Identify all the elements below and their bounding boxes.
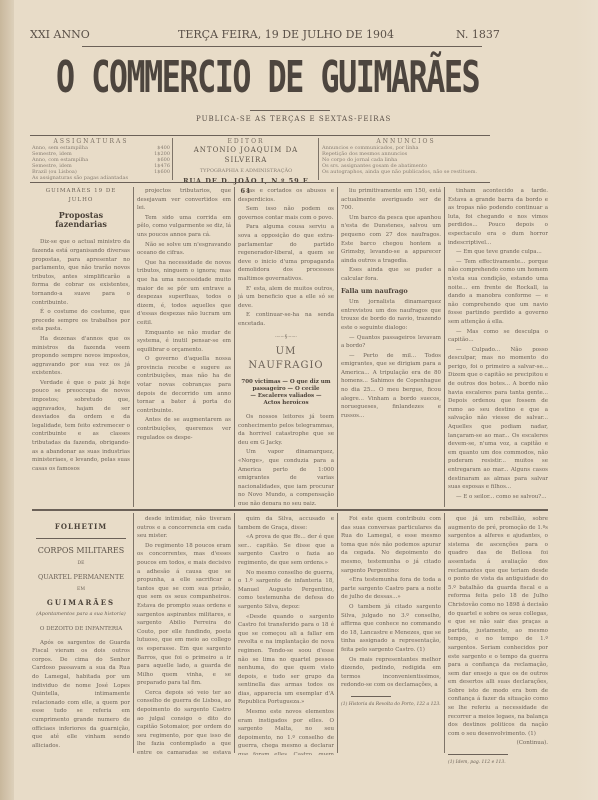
subscription-prices: $400 1$200 $600 1$476 1$600: [152, 139, 170, 175]
paragraph: Cerca depois só veio ter ao conselho de …: [137, 689, 231, 755]
column-divider: [444, 513, 445, 753]
footnote: (1) Historia da Revolta do Porto, 122 a …: [341, 701, 441, 710]
column-divider: [337, 513, 338, 753]
lower-column-2: desde intimidar, não tiveram outros e a …: [137, 515, 231, 755]
paragraph: Sem isso não podem os governos contar ma…: [238, 205, 334, 222]
paragraph: tinham acontecido a tarde. Estava a gran…: [448, 187, 548, 247]
subheadline-falla: Falla um naufrago: [341, 287, 441, 296]
paragraph: Os mais representantes melhor dizendo, p…: [341, 656, 441, 690]
folhetim-divider: [32, 509, 548, 511]
subscriptions-box: ASSIGNATURAS Anno, sem estampilha Semest…: [32, 139, 150, 181]
paragraph: Do regimento 18 poucos eram os concorren…: [137, 542, 231, 688]
paragraph: Antes de se augmentarem as contribuições…: [137, 416, 231, 442]
paragraph: Foi este quem contribuiu com das suas co…: [341, 515, 441, 575]
continua-label: (Continua).: [448, 739, 548, 748]
paragraph: projectos tributarios, que desejavam ver…: [137, 187, 231, 213]
paragraph: Mesmo este novos elementos eram instigad…: [238, 708, 334, 755]
paragraph: Um jornalista dinamarquez entrevistou um…: [341, 298, 441, 332]
paragraph: — Perto de mil... Todos emigrantes, que …: [341, 352, 441, 421]
paragraph: O governo d'aquella nossa provincia rece…: [137, 355, 231, 415]
folhetim-subtitle: (Apontamentos para a sua historia): [32, 610, 130, 619]
folhetim-title: QUARTEL PERMANENTE: [32, 572, 130, 582]
column-1: GUIMARÃES 19 DE JULHO Propostas fazendar…: [32, 187, 130, 505]
lower-column-3: quim da Silva, accusado e tambem de Graç…: [238, 515, 334, 755]
column-divider: [133, 513, 134, 753]
paragraph: — Mas como se desculpa o capitão...: [448, 328, 548, 345]
folhetim-column: FOLHETIM CORPOS MILITARES DE QUARTEL PER…: [32, 515, 130, 785]
paragraph: «A prova de que ffe... der é que ser... …: [238, 533, 334, 567]
paragraph: Para alguma cousa serviu a sova a opposi…: [238, 223, 334, 283]
paragraph: «Desde quando o sargento Castro foi tran…: [238, 613, 334, 708]
folhetim-section: O DEZOITO DE INFANTERIA: [32, 625, 130, 634]
headline-naufragio: UM NAUFRAGIO: [238, 345, 334, 373]
paragraph: Um vapor dinamarquez, «Norge», que condu…: [238, 448, 334, 505]
paragraph: No mesmo conselho de guerra, o 1.º sarge…: [238, 569, 334, 612]
paragraph: Que ha necessidade de novos tributos, ni…: [137, 259, 231, 328]
paragraph: zas e cortados os abusos e desperdicios.: [238, 187, 334, 204]
column-divider: [133, 187, 134, 507]
paragraph: que já um rebellião, sobre augmento de p…: [448, 515, 548, 738]
title-underline: [250, 110, 330, 111]
newspaper-page: XXI ANNO TERÇA FEIRA, 19 DE JULHO DE 190…: [0, 0, 598, 800]
top-rule: [82, 46, 482, 47]
paragraph: Os nossos leitores já teem conhecimento …: [238, 413, 334, 447]
folhetim-rule: [36, 538, 126, 539]
column-4: liu primitivamente em 150, está actualme…: [341, 187, 441, 505]
folhetim-title: EM: [32, 586, 130, 595]
paragraph: Eses ainda que se puder a calcular fora.: [341, 266, 441, 283]
paragraph: — Quantos passageiros levavam a bordo?: [341, 334, 441, 351]
subhead: — Escaleres valiados —: [238, 393, 334, 400]
headline-propostas: Propostas fazendarias: [32, 211, 130, 228]
paragraph: desde intimidar, não tiveram outros e a …: [137, 515, 231, 541]
paragraph: «Era testemunha fora de toda a parte sar…: [341, 576, 441, 602]
column-divider: [234, 187, 235, 507]
paragraph: liu primitivamente em 150, está actualme…: [341, 187, 441, 213]
dateline: GUIMARÃES 19 DE JULHO: [32, 187, 130, 204]
paragraph: — Tem effectivamente... porque não compr…: [448, 258, 548, 327]
paragraph: É o costume do costume, que precede semp…: [32, 308, 130, 334]
footnote: (1) Idem, pag. 112 e 113.: [448, 759, 548, 765]
issue-number: N. 1837: [456, 28, 500, 41]
folhetim-title: CORPOS MILITARES: [32, 545, 130, 556]
header-rule-top: [30, 135, 490, 136]
ads-box: ANNUNCIOS Annuncios e communicados, por …: [322, 139, 490, 175]
paragraph: — Em que teve grande culpa...: [448, 248, 548, 257]
paragraph: Tem sido uma corrida em pêlo, como vulga…: [137, 214, 231, 240]
lower-column-5: que já um rebellião, sobre augmento de p…: [448, 515, 548, 765]
publication-schedule: PUBLICA-SE AS TERÇAS E SEXTAS-FEIRAS: [196, 115, 391, 123]
column-3: zas e cortados os abusos e desperdicios.…: [238, 187, 334, 505]
column-divider: [337, 187, 338, 507]
page-spine: [0, 0, 14, 800]
folhetim-title: DE: [32, 560, 130, 569]
header-rule-bottom: [30, 182, 490, 183]
paragraph: — Culpado... Não posso desculpar, mas no…: [448, 346, 548, 492]
subhead: Actos heroicos: [238, 400, 334, 407]
paragraph: Um barco da pesca que apanhou n'esta de …: [341, 214, 441, 266]
newspaper-title: O COMMERCIO DE GUIMARÃES: [56, 52, 476, 103]
paragraph: Diz-se que o actual ministro da fazenda …: [32, 238, 130, 307]
column-divider: [234, 513, 235, 753]
price: 1$600: [152, 169, 170, 175]
page-edge: [575, 0, 598, 800]
paragraph: Não se solve um n'esgravando oceano de c…: [137, 241, 231, 258]
paragraph: Emquanto se não mudar de systema, é inut…: [137, 329, 231, 355]
year-label: XXI ANNO: [30, 28, 90, 41]
editor-office: TYPOGRAPHIA E ADMINISTRAÇÃO: [176, 168, 316, 174]
paragraph: O tambem já citado sargento Silva, julga…: [341, 603, 441, 655]
paragraph: — E o seilor... como se salvou?...: [448, 493, 548, 502]
ornament-divider: ·–·–·§·–·–·: [238, 333, 334, 342]
subscription-line: As assignaturas são pagas adiantadas: [32, 175, 150, 181]
ads-line: Os autographos, ainda que não publicados…: [322, 169, 490, 175]
paragraph: quim da Silva, accusado e tambem de Graç…: [238, 515, 334, 532]
folhetim-banner: FOLHETIM: [32, 523, 130, 532]
folhetim-title: GUIMARÃES: [32, 599, 130, 608]
header-divider: [172, 138, 173, 180]
lower-column-4: Foi este quem contribuiu com das suas co…: [341, 515, 441, 765]
paragraph: Ha dezenas d'annos que os ministros da f…: [32, 335, 130, 378]
column-2: projectos tributarios, que desejavam ver…: [137, 187, 231, 505]
header-divider: [318, 138, 319, 180]
subhead: 700 victimas — O que diz um passageiro —…: [238, 379, 334, 393]
footnote-rule: [351, 696, 391, 697]
paragraph: Verdade é que o paiz já hoje pouco se pr…: [32, 379, 130, 474]
paragraph: E continuar-se-ha na senda encetada.: [238, 311, 334, 328]
column-divider: [444, 187, 445, 507]
editor-name: ANTONIO JOAQUIM DA SILVEIRA: [176, 145, 316, 165]
column-5: tinham acontecido a tarde. Estava a gran…: [448, 187, 548, 505]
paragraph: E' esta, alem de muitos outros, já um be…: [238, 285, 334, 311]
paragraph: Após os sargentos de Guarda Fiscal viera…: [32, 639, 130, 751]
footnote-rule: [448, 754, 508, 755]
issue-date: TERÇA FEIRA, 19 DE JULHO DE 1904: [178, 28, 394, 41]
